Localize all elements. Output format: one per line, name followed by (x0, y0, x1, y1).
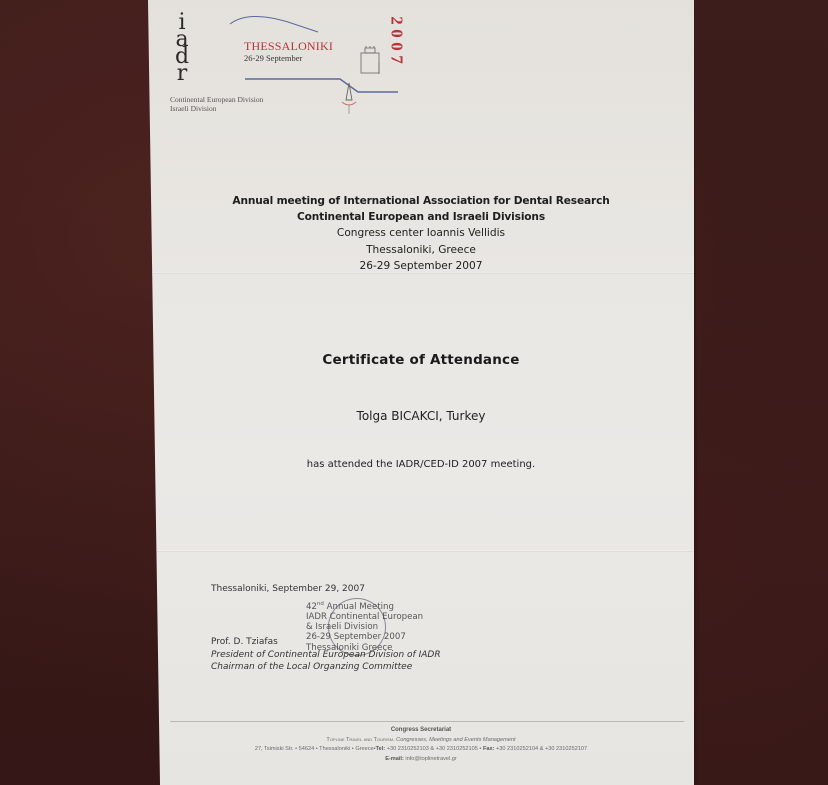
meeting-venue: Congress center Ioannis Vellidis (148, 225, 694, 241)
signer-role: Chairman of the Local Organzing Committe… (211, 661, 441, 674)
footer-title: Congress Secretariat (148, 726, 694, 736)
coastline-wave-icon (245, 79, 398, 92)
footer-email: E-mail: info@toplinetravel.gr (148, 755, 694, 765)
logo-dates: 26-29 September (244, 53, 302, 63)
meeting-title: Annual meeting of International Associat… (148, 193, 694, 209)
meeting-divisions: Continental European and Israeli Divisio… (148, 209, 694, 225)
paper-fold-line (148, 550, 694, 552)
iadr-logo: i a d r (174, 14, 190, 82)
meeting-city: Thessaloniki, Greece (148, 242, 694, 258)
footer-divider (170, 721, 684, 722)
logo-year: 2 0 0 7 (390, 14, 404, 66)
meeting-dates: 26-29 September 2007 (148, 258, 694, 274)
email-link[interactable]: info@toplinetravel.gr (404, 756, 457, 762)
attendance-statement: has attended the IADR/CED-ID 2007 meetin… (148, 459, 694, 470)
certificate-title: Certificate of Attendance (148, 352, 694, 368)
arc-swoosh-icon (230, 16, 318, 32)
congress-logo-graphic (218, 8, 408, 118)
recipient-name: Tolga BICAKCI, Turkey (148, 409, 694, 423)
signer-role: President of Continental European Divisi… (211, 649, 441, 662)
meeting-header: Annual meeting of International Associat… (148, 193, 694, 274)
white-tower-icon (361, 46, 379, 74)
signer-name: Prof. D. Tziafas (211, 636, 441, 649)
footer-company: Topline Travel and Tourism. Congresses, … (148, 736, 694, 746)
footer-contact: 27, Tsimiski Str. • 54624 • Thessaloniki… (148, 745, 694, 755)
ship-mast-icon (342, 83, 356, 114)
certificate-paper: i a d r Continental European Division Is… (148, 0, 694, 785)
place-and-date: Thessaloniki, September 29, 2007 (211, 584, 365, 594)
logo-city: THESSALONIKI (244, 39, 333, 54)
signer-block: Prof. D. Tziafas President of Continenta… (211, 636, 441, 674)
footer-secretariat: Congress Secretariat Topline Travel and … (148, 726, 694, 764)
